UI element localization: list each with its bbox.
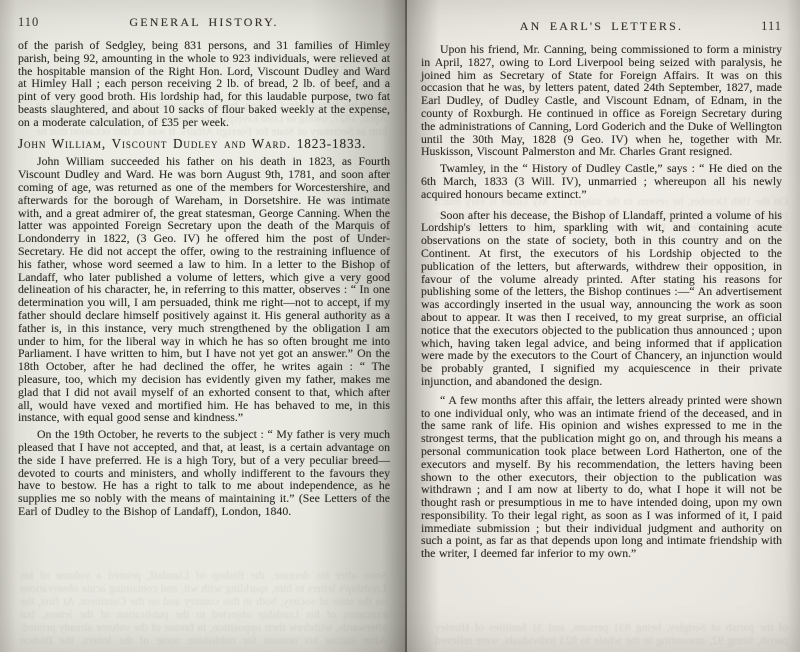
paragraph: Upon his friend, Mr. Canning, being comm… [421, 43, 782, 158]
paragraph: On the 19th October, he reverts to the s… [18, 428, 390, 518]
book-scan: Upon his friend, Mr. Canning, being comm… [0, 0, 800, 652]
running-head: AN EARL'S LETTERS. 111 [421, 19, 782, 34]
page-body: Upon his friend, Mr. Canning, being comm… [421, 43, 782, 560]
right-page: On the 19th October, he reverts to the s… [407, 0, 800, 652]
paragraph: “ A few months after this affair, the le… [421, 394, 782, 560]
left-page: Upon his friend, Mr. Canning, being comm… [0, 0, 407, 652]
paragraph: John William succeeded his father on his… [18, 155, 390, 424]
page-number: 110 [18, 15, 64, 30]
page-number: 111 [736, 19, 782, 34]
running-header-title: GENERAL HISTORY. [64, 15, 344, 30]
section-heading: John William, Viscount Dudley and Ward. … [18, 138, 390, 151]
paragraph: Soon after his decease, the Bishop of Ll… [421, 209, 782, 388]
running-header-title: AN EARL'S LETTERS. [467, 19, 736, 34]
page-body: of the parish of Sedgley, being 831 pers… [18, 39, 390, 518]
running-head: 110 GENERAL HISTORY. [18, 15, 390, 30]
paragraph: of the parish of Sedgley, being 831 pers… [18, 39, 390, 129]
paragraph: Twamley, in the “ History of Dudley Cast… [421, 162, 782, 200]
page-gutter-fold [405, 0, 407, 652]
